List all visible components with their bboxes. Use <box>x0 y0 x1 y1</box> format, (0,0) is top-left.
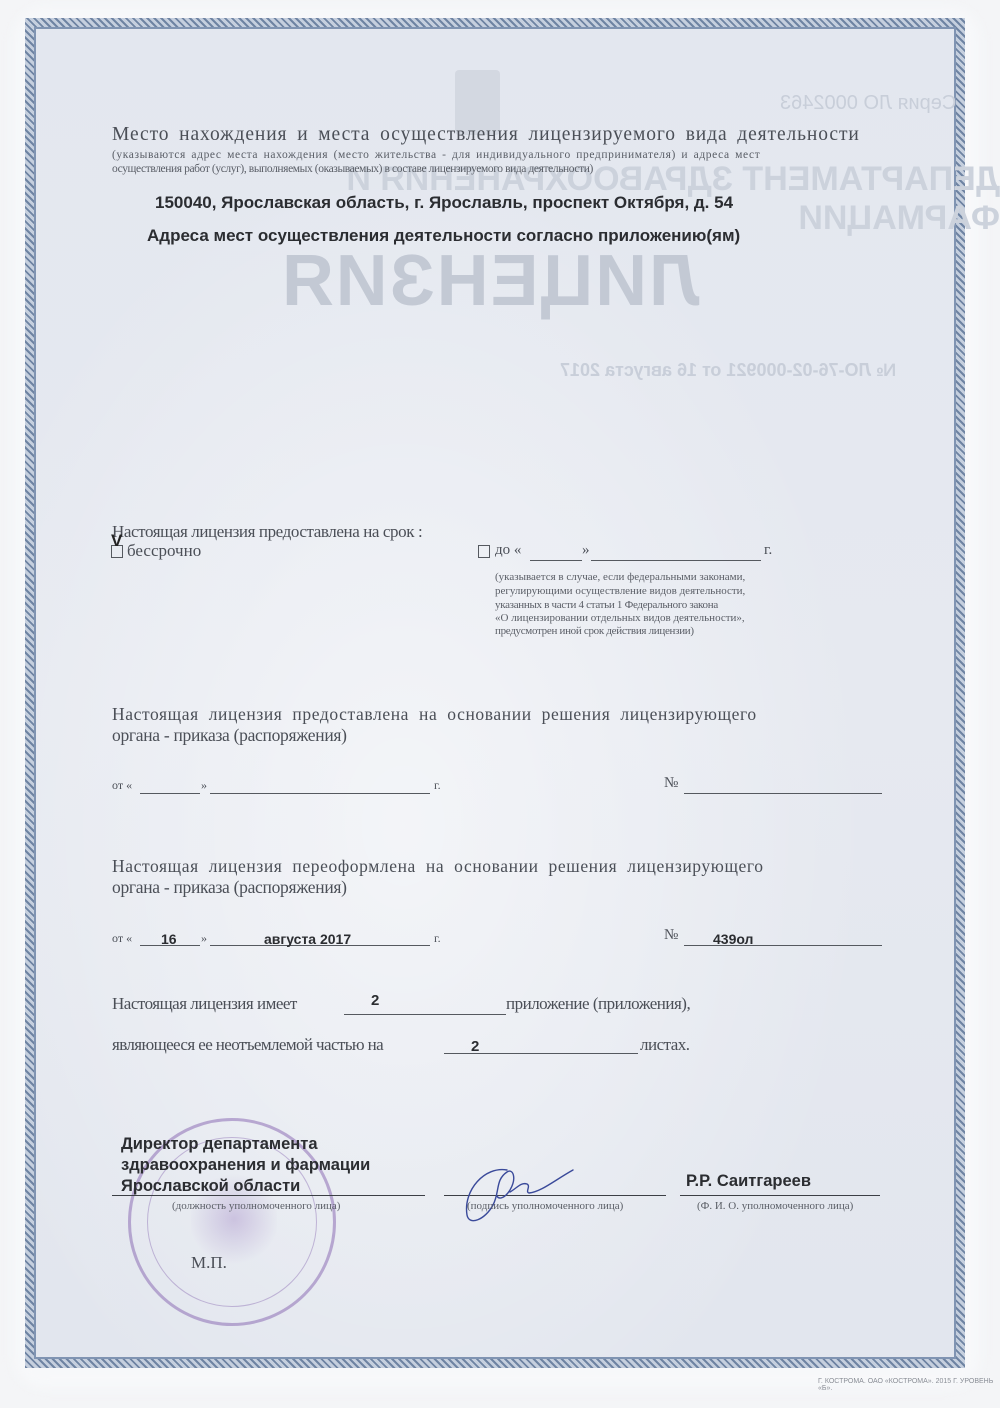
reissued-number-value: 439ол <box>713 931 753 947</box>
term-note-4: «О лицензировании отдельных видов деятел… <box>495 612 745 624</box>
signature-caption: (подпись уполномоченного лица) <box>467 1200 623 1212</box>
granted-date-line[interactable] <box>210 793 430 794</box>
reissued-month-year-value: августа 2017 <box>264 931 351 947</box>
reissued-from-mid: » <box>201 931 207 946</box>
term-until-day-line[interactable] <box>530 560 582 561</box>
granted-day-line[interactable] <box>140 793 200 794</box>
granted-from-prefix: от « <box>112 778 132 793</box>
check-mark-icon: V <box>111 531 122 551</box>
location-note-1: (указываются адрес места нахождения (мес… <box>112 149 760 161</box>
term-heading: Настоящая лицензия предоставлена на срок… <box>112 522 422 542</box>
granted-basis-line2: органа - приказа (распоряжения) <box>112 725 347 746</box>
printer-imprint: Г. КОСТРОМА. ОАО «КОСТРОМА». 2015 Г. УРО… <box>818 1378 1000 1392</box>
sheet-count-value: 2 <box>471 1038 479 1055</box>
reissued-number-prefix: № <box>664 927 678 944</box>
granted-from-mid: » <box>201 778 207 793</box>
term-note-1: (указывается в случае, если федеральными… <box>495 571 745 583</box>
reissued-from-prefix: от « <box>112 931 132 946</box>
signer-position-line2: здравоохранения и фармации <box>121 1156 370 1175</box>
reissued-from-suffix: г. <box>434 931 441 946</box>
appendix-count-line[interactable] <box>344 1014 506 1015</box>
granted-number-line[interactable] <box>684 793 882 794</box>
term-until-checkbox[interactable] <box>478 545 490 558</box>
reissued-basis-line1: Настоящая лицензия переоформлена на осно… <box>112 856 764 877</box>
granted-number-prefix: № <box>664 775 678 792</box>
signer-position-line1: Директор департамента <box>121 1135 318 1154</box>
name-line <box>680 1195 880 1196</box>
appendices-line2-suffix: листах. <box>640 1035 690 1055</box>
signer-name: Р.Р. Саитгареев <box>686 1172 811 1191</box>
addresses-reference: Адреса мест осуществления деятельности с… <box>147 226 740 246</box>
term-until-mid: » <box>582 542 590 559</box>
appendices-line2-prefix: являющееся ее неотъемлемой частью на <box>112 1035 383 1055</box>
seal-place-label: М.П. <box>191 1253 227 1273</box>
term-until-prefix: до « <box>495 542 521 559</box>
unlimited-term-label: бессрочно <box>127 541 201 561</box>
appendices-line1-prefix: Настоящая лицензия имеет <box>112 994 297 1014</box>
term-note-5: предусмотрен иной срок действия лицензии… <box>495 625 694 637</box>
handwritten-signature-icon <box>455 1160 585 1230</box>
appendices-line1-suffix: приложение (приложения), <box>506 994 690 1014</box>
name-caption: (Ф. И. О. уполномоченного лица) <box>697 1200 853 1212</box>
position-caption: (должность уполномоченного лица) <box>172 1200 340 1212</box>
reissued-day-value: 16 <box>161 931 177 947</box>
location-address: 150040, Ярославская область, г. Ярославл… <box>155 193 733 213</box>
term-note-2: регулирующими осуществление видов деятел… <box>495 585 745 597</box>
term-note-3: указанных в части 4 статьи 1 Федеральног… <box>495 599 718 611</box>
signer-position-line3: Ярославской области <box>121 1177 300 1196</box>
term-until-suffix: г. <box>764 542 772 559</box>
reissued-basis-line2: органа - приказа (распоряжения) <box>112 877 347 898</box>
granted-from-suffix: г. <box>434 778 441 793</box>
position-line <box>112 1195 425 1196</box>
term-until-date-line[interactable] <box>591 560 761 561</box>
location-note-2: осуществления работ (услуг), выполняемых… <box>112 163 593 175</box>
location-heading: Место нахождения и места осуществления л… <box>112 124 860 146</box>
appendix-count-value: 2 <box>371 992 379 1009</box>
granted-basis-line1: Настоящая лицензия предоставлена на осно… <box>112 704 757 725</box>
